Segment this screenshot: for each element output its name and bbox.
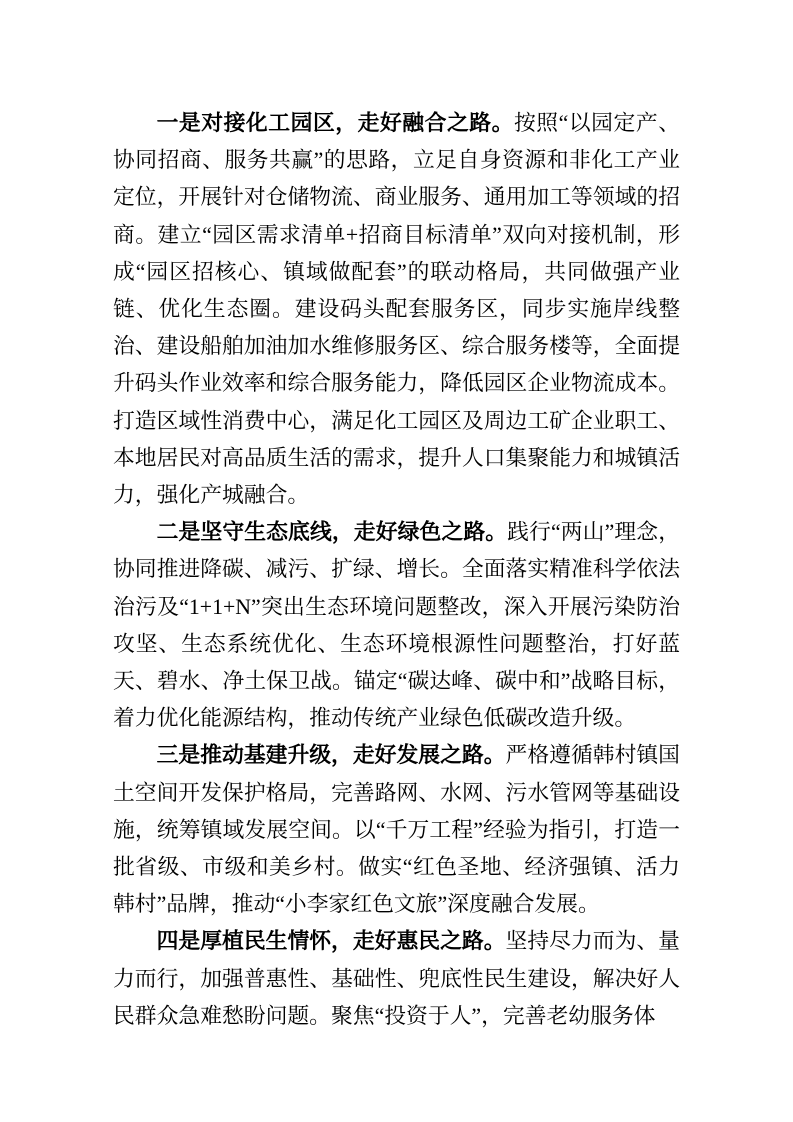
paragraph-3: 三是推动基建升级，走好发展之路。严格遵循韩村镇国土空间开发保护格局，完善路网、水… xyxy=(113,737,680,923)
paragraph-2-body: 践行“两山”理念，协同推进降碳、减污、扩绿、增长。全面落实精准科学依法治污及“1… xyxy=(113,520,680,730)
paragraph-4-heading: 四是厚植民生情怀，走好惠民之路。 xyxy=(157,929,506,953)
paragraph-2-heading: 二是坚守生态底线，走好绿色之路。 xyxy=(157,520,508,544)
document-page: 一是对接化工园区，走好融合之路。按照“以园定产、协同招商、服务共赢”的思路，立足… xyxy=(0,0,793,1122)
document-body: 一是对接化工园区，走好融合之路。按照“以园定产、协同招商、服务共赢”的思路，立足… xyxy=(113,105,680,1035)
paragraph-4: 四是厚植民生情怀，走好惠民之路。坚持尽力而为、量力而行，加强普惠性、基础性、兜底… xyxy=(113,923,680,1035)
paragraph-1-body: 按照“以园定产、协同招商、服务共赢”的思路，立足自身资源和非化工产业定位，开展针… xyxy=(113,111,680,507)
paragraph-1: 一是对接化工园区，走好融合之路。按照“以园定产、协同招商、服务共赢”的思路，立足… xyxy=(113,105,680,514)
paragraph-1-heading: 一是对接化工园区，走好融合之路。 xyxy=(157,111,514,135)
paragraph-2: 二是坚守生态底线，走好绿色之路。践行“两山”理念，协同推进降碳、减污、扩绿、增长… xyxy=(113,514,680,737)
paragraph-3-body: 严格遵循韩村镇国土空间开发保护格局，完善路网、水网、污水管网等基础设施，统筹镇域… xyxy=(113,743,680,916)
paragraph-3-heading: 三是推动基建升级，走好发展之路。 xyxy=(157,743,506,767)
